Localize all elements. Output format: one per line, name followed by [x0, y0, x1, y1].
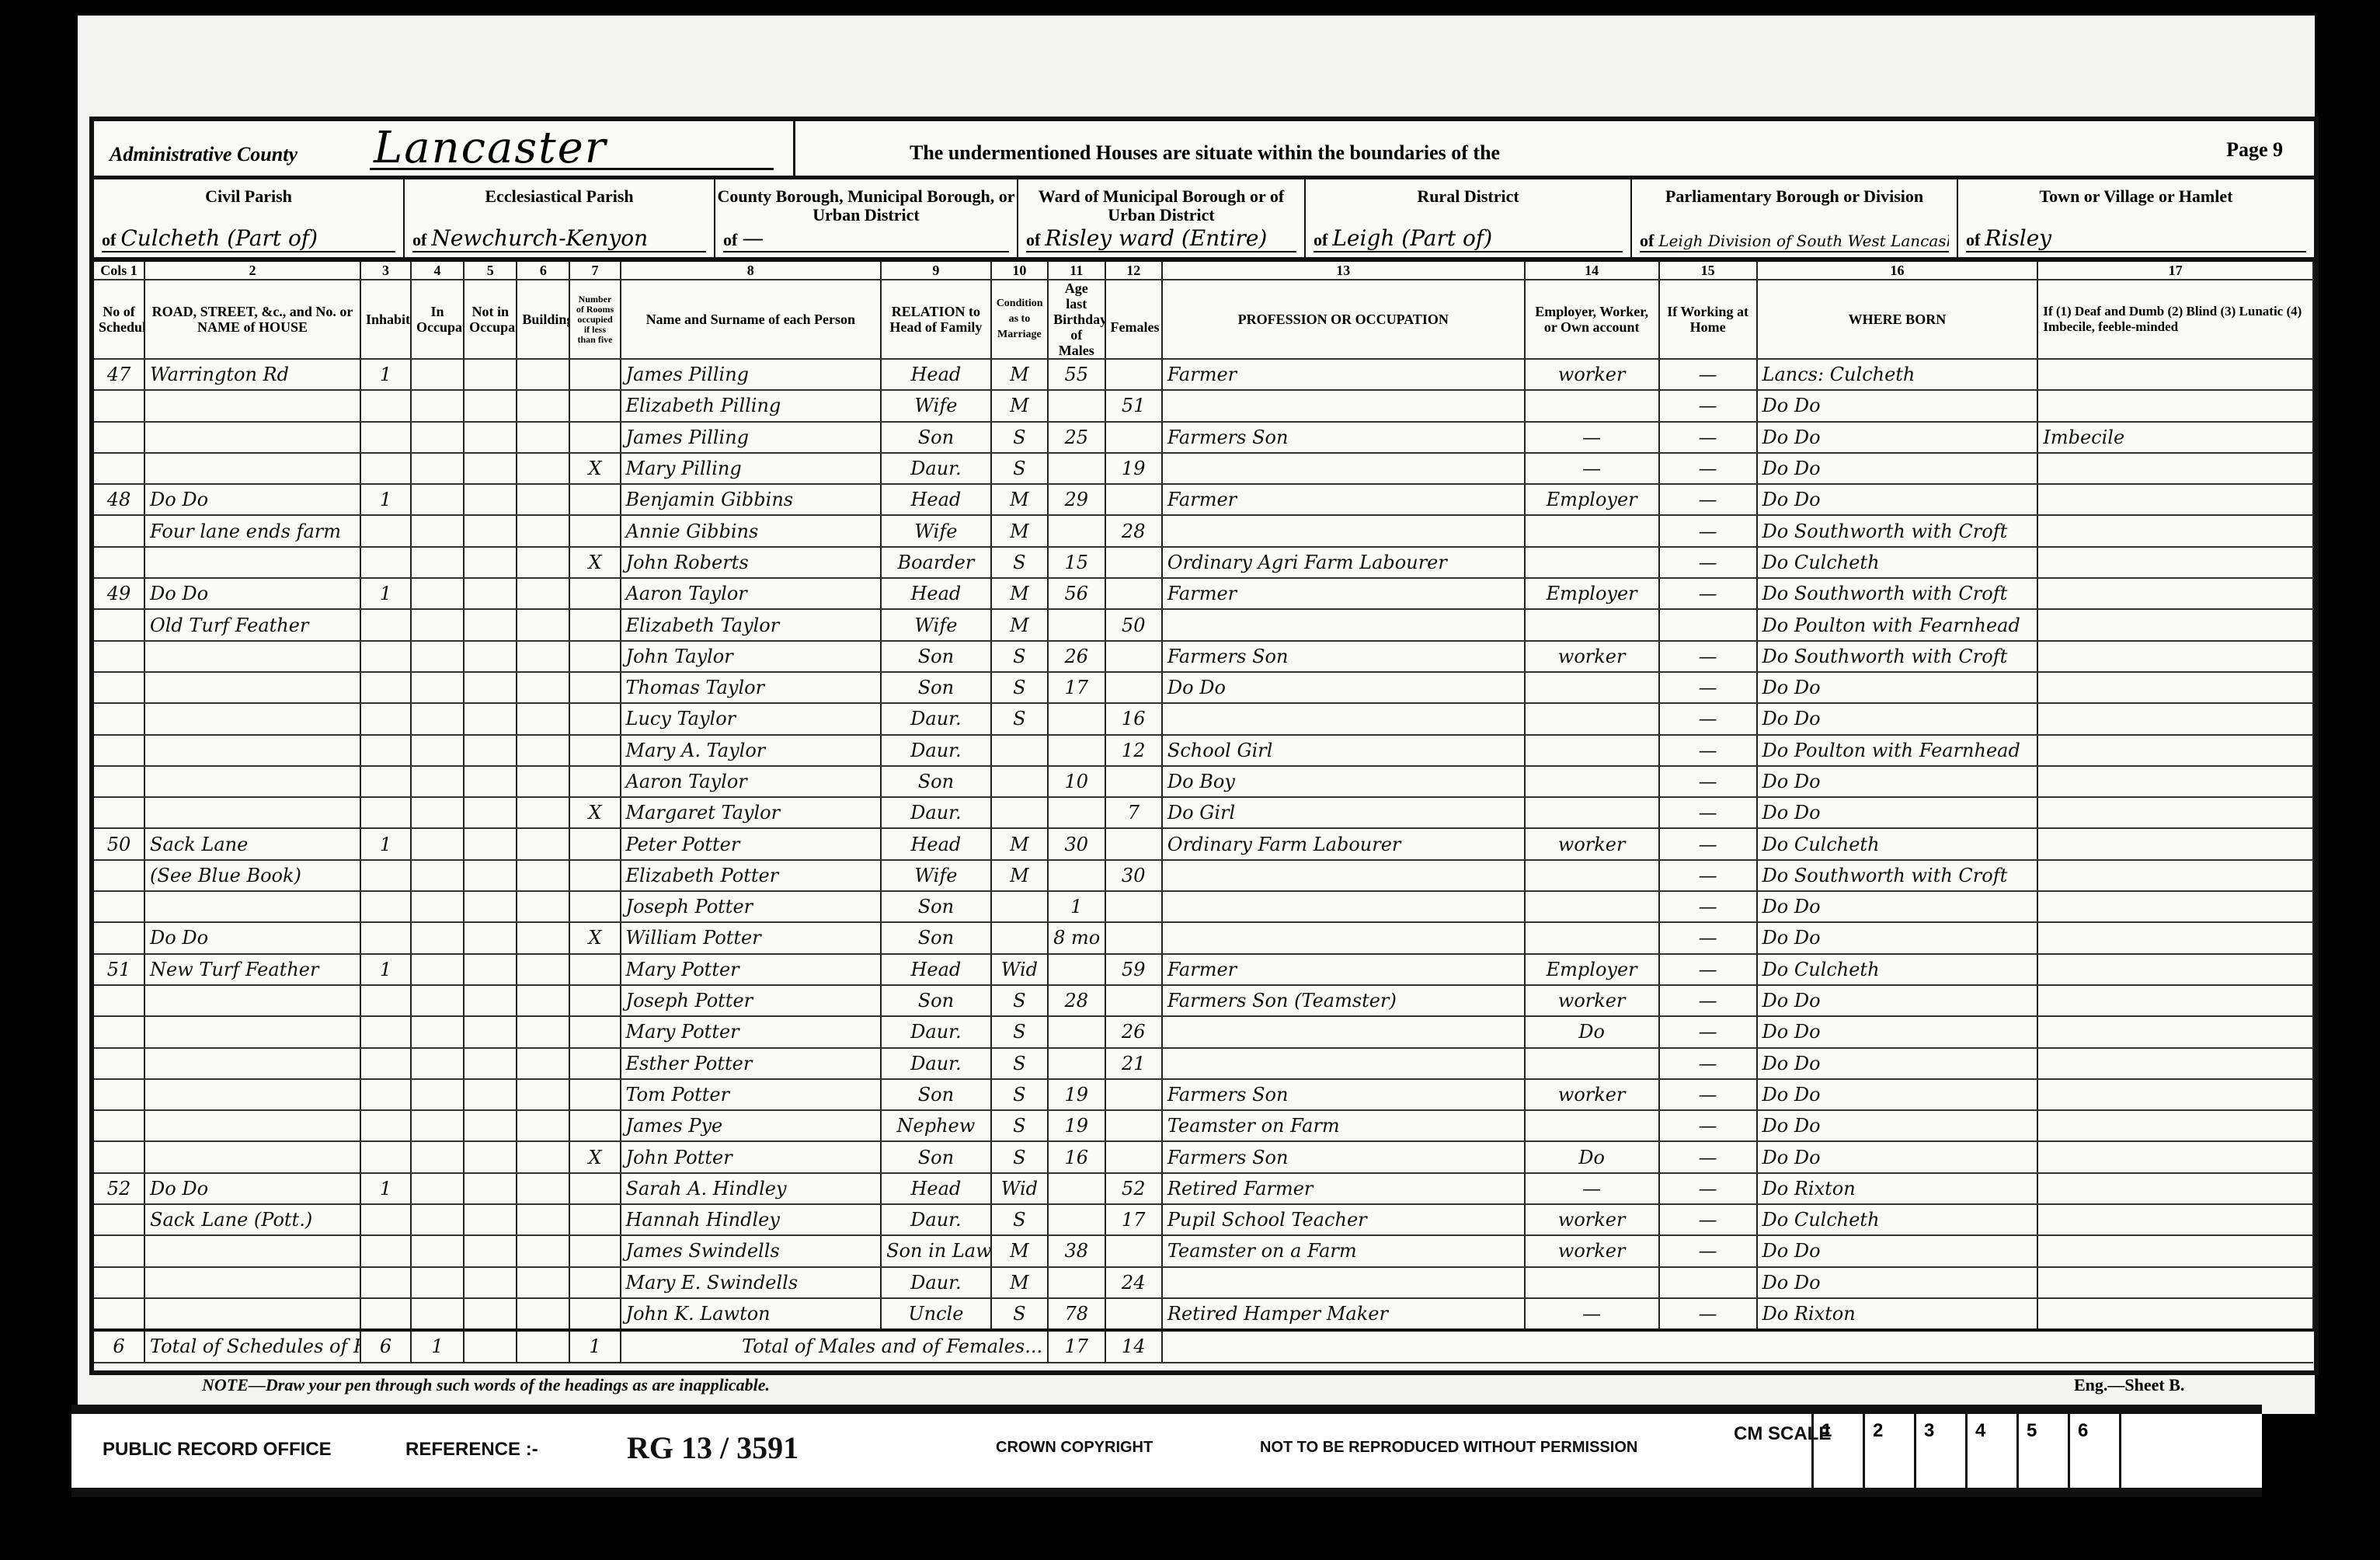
- column-number: 8: [621, 262, 882, 280]
- not-in-occupation: [464, 954, 517, 985]
- not-in-occupation: [464, 797, 517, 828]
- person-name: Hannah Hindley: [621, 1204, 882, 1235]
- condition: M: [991, 515, 1048, 546]
- age-male: 29: [1048, 484, 1105, 515]
- occupation: Farmer: [1162, 954, 1525, 985]
- rooms: [569, 860, 620, 891]
- person-name: Aaron Taylor: [621, 578, 882, 609]
- infirmity: [2037, 1235, 2313, 1266]
- working-at-home: —: [1659, 860, 1757, 891]
- condition: M: [991, 359, 1048, 390]
- scale-mark: 2: [1863, 1414, 1914, 1488]
- schedule-number: [94, 1016, 144, 1047]
- age-female: [1105, 1141, 1162, 1172]
- working-at-home: —: [1659, 1141, 1757, 1172]
- employment-status: worker: [1525, 1235, 1659, 1266]
- condition: S: [991, 453, 1048, 484]
- relation: Nephew: [881, 1110, 991, 1141]
- schedule-number: [94, 1110, 144, 1141]
- not-in-occupation: [464, 766, 517, 797]
- condition: S: [991, 1110, 1048, 1141]
- infirmity: [2037, 985, 2313, 1016]
- col-building: Building: [517, 280, 569, 359]
- relation: Son: [881, 641, 991, 672]
- building: [517, 1298, 569, 1330]
- column-number-row: Cols 1234567891011121314151617: [94, 262, 2313, 280]
- occupation: [1162, 1016, 1525, 1047]
- person-name: Joseph Potter: [621, 985, 882, 1016]
- rooms: X: [569, 1141, 620, 1172]
- in-occupation: [411, 1298, 464, 1330]
- inhabited: [360, 390, 411, 421]
- age-female: [1105, 1079, 1162, 1110]
- building: [517, 703, 569, 734]
- rooms: [569, 985, 620, 1016]
- in-occupation: [411, 735, 464, 766]
- table-row: Joseph PotterSon1—Do Do: [94, 891, 2313, 922]
- working-at-home: —: [1659, 985, 1757, 1016]
- road-name: [144, 891, 360, 922]
- condition: M: [991, 828, 1048, 859]
- total-males: 17: [1048, 1330, 1105, 1362]
- column-number: 10: [991, 262, 1048, 280]
- table-row: 51New Turf Feather1Mary PotterHeadWid59F…: [94, 954, 2313, 985]
- building: [517, 390, 569, 421]
- relation: Boarder: [881, 547, 991, 578]
- age-female: 7: [1105, 797, 1162, 828]
- admin-county-label: Administrative County: [110, 143, 297, 166]
- age-female: [1105, 922, 1162, 953]
- rooms: [569, 515, 620, 546]
- road-name: (See Blue Book): [144, 860, 360, 891]
- column-header-row: No of Schedule ROAD, STREET, &c., and No…: [94, 280, 2313, 359]
- working-at-home: —: [1659, 390, 1757, 421]
- inhabited: [360, 735, 411, 766]
- in-occupation: [411, 547, 464, 578]
- building: [517, 954, 569, 985]
- relation: Wife: [881, 860, 991, 891]
- rooms: [569, 484, 620, 515]
- column-number: 14: [1525, 262, 1659, 280]
- age-male: [1048, 1016, 1105, 1047]
- not-in-occupation: [464, 672, 517, 703]
- table-row: XMargaret TaylorDaur.7Do Girl—Do Do: [94, 797, 2313, 828]
- schedule-number: [94, 735, 144, 766]
- rooms: [569, 828, 620, 859]
- occupation: Ordinary Agri Farm Labourer: [1162, 547, 1525, 578]
- relation: Wife: [881, 390, 991, 421]
- relation: Son: [881, 672, 991, 703]
- rooms: [569, 1048, 620, 1079]
- schedule-number: [94, 1235, 144, 1266]
- condition: M: [991, 578, 1048, 609]
- col-at-home: If Working at Home: [1659, 280, 1757, 359]
- age-male: 55: [1048, 359, 1105, 390]
- not-in-occupation: [464, 1235, 517, 1266]
- road-name: Sack Lane (Pott.): [144, 1204, 360, 1235]
- employment-status: [1525, 547, 1659, 578]
- occupation: Do Girl: [1162, 797, 1525, 828]
- building: [517, 641, 569, 672]
- table-row: Esther PotterDaur.S21—Do Do: [94, 1048, 2313, 1079]
- building: [517, 515, 569, 546]
- employment-status: [1525, 922, 1659, 953]
- working-at-home: —: [1659, 547, 1757, 578]
- schedule-number: [94, 547, 144, 578]
- table-row: 48Do Do1Benjamin GibbinsHeadM29FarmerEmp…: [94, 484, 2313, 515]
- not-in-occupation: [464, 1079, 517, 1110]
- census-body: 47Warrington Rd1James PillingHeadM55Farm…: [94, 359, 2313, 1330]
- office-label: PUBLIC RECORD OFFICE: [103, 1439, 332, 1461]
- building: [517, 797, 569, 828]
- person-name: Esther Potter: [621, 1048, 882, 1079]
- building: [517, 672, 569, 703]
- infirmity: [2037, 1016, 2313, 1047]
- working-at-home: —: [1659, 1173, 1757, 1204]
- table-row: Aaron TaylorSon10Do Boy—Do Do: [94, 766, 2313, 797]
- not-in-occupation: [464, 828, 517, 859]
- road-name: [144, 703, 360, 734]
- relation: Wife: [881, 515, 991, 546]
- inhabited: [360, 703, 411, 734]
- condition: S: [991, 422, 1048, 453]
- scale-mark: 5: [2016, 1414, 2068, 1488]
- building: [517, 422, 569, 453]
- schedule-number: [94, 860, 144, 891]
- admin-county-box: Administrative County Lancaster: [94, 121, 795, 176]
- age-male: [1048, 954, 1105, 985]
- birthplace: Do Do: [1757, 422, 2038, 453]
- not-in-occupation: [464, 703, 517, 734]
- employment-status: [1525, 797, 1659, 828]
- in-occupation: [411, 797, 464, 828]
- permission-label: NOT TO BE REPRODUCED WITHOUT PERMISSION: [1260, 1439, 1637, 1457]
- birthplace: Do Do: [1757, 1079, 2038, 1110]
- infirmity: [2037, 735, 2313, 766]
- column-number: 15: [1659, 262, 1757, 280]
- schedule-number: 47: [94, 359, 144, 390]
- in-occupation: [411, 1173, 464, 1204]
- employment-status: [1525, 1110, 1659, 1141]
- relation: Son: [881, 891, 991, 922]
- infirmity: [2037, 1141, 2313, 1172]
- inhabited: [360, 515, 411, 546]
- table-row: Do DoXWilliam PotterSon8 mo—Do Do: [94, 922, 2313, 953]
- in-occupation: [411, 422, 464, 453]
- birthplace: Do Do: [1757, 1267, 2038, 1298]
- occupation: Farmers Son: [1162, 1141, 1525, 1172]
- age-male: 16: [1048, 1141, 1105, 1172]
- infirmity: [2037, 1110, 2313, 1141]
- employment-status: —: [1525, 453, 1659, 484]
- working-at-home: [1659, 609, 1757, 640]
- total-inhabited: 6: [360, 1330, 411, 1362]
- age-male: [1048, 703, 1105, 734]
- age-male: 28: [1048, 985, 1105, 1016]
- col-occupation: PROFESSION OR OCCUPATION: [1162, 280, 1525, 359]
- building: [517, 1110, 569, 1141]
- age-male: [1048, 515, 1105, 546]
- table-row: 52Do Do1Sarah A. HindleyHeadWid52Retired…: [94, 1173, 2313, 1204]
- not-in-occupation: [464, 985, 517, 1016]
- age-female: [1105, 1235, 1162, 1266]
- condition: Wid: [991, 954, 1048, 985]
- birthplace: Do Poulton with Fearnhead: [1757, 609, 2038, 640]
- building: [517, 985, 569, 1016]
- not-in-occupation: [464, 1110, 517, 1141]
- occupation: Retired Farmer: [1162, 1173, 1525, 1204]
- person-name: James Pilling: [621, 359, 882, 390]
- rooms: [569, 735, 620, 766]
- infirmity: [2037, 1079, 2313, 1110]
- infirmity: [2037, 891, 2313, 922]
- birthplace: Do Culcheth: [1757, 1204, 2038, 1235]
- inhabited: [360, 766, 411, 797]
- age-female: [1105, 359, 1162, 390]
- rooms: X: [569, 547, 620, 578]
- employment-status: [1525, 390, 1659, 421]
- birthplace: Do Do: [1757, 922, 2038, 953]
- age-female: 24: [1105, 1267, 1162, 1298]
- road-name: [144, 390, 360, 421]
- person-name: Benjamin Gibbins: [621, 484, 882, 515]
- rooms: [569, 641, 620, 672]
- in-occupation: [411, 1141, 464, 1172]
- rooms: X: [569, 797, 620, 828]
- inhabited: [360, 1267, 411, 1298]
- inhabited: [360, 860, 411, 891]
- relation: Son: [881, 1141, 991, 1172]
- col-age-females: Females: [1105, 280, 1162, 359]
- working-at-home: —: [1659, 703, 1757, 734]
- age-female: [1105, 1110, 1162, 1141]
- boundaries-statement: The undermentioned Houses are situate wi…: [910, 141, 1500, 165]
- birthplace: Do Do: [1757, 797, 2038, 828]
- road-name: [144, 672, 360, 703]
- total-label: Total of Schedules of Houses and of Tene…: [144, 1330, 360, 1362]
- birthplace: Do Do: [1757, 1110, 2038, 1141]
- employment-status: worker: [1525, 1204, 1659, 1235]
- person-name: Tom Potter: [621, 1079, 882, 1110]
- infirmity: [2037, 359, 2313, 390]
- schedule-number: [94, 641, 144, 672]
- building: [517, 766, 569, 797]
- infirmity: [2037, 954, 2313, 985]
- infirmity: [2037, 1204, 2313, 1235]
- working-at-home: —: [1659, 422, 1757, 453]
- not-in-occupation: [464, 1016, 517, 1047]
- age-male: 19: [1048, 1079, 1105, 1110]
- person-name: Margaret Taylor: [621, 797, 882, 828]
- relation: Head: [881, 954, 991, 985]
- col-name: Name and Surname of each Person: [621, 280, 882, 359]
- occupation: Farmers Son: [1162, 1079, 1525, 1110]
- in-occupation: [411, 1267, 464, 1298]
- inhabited: [360, 672, 411, 703]
- inhabited: 1: [360, 484, 411, 515]
- age-female: 52: [1105, 1173, 1162, 1204]
- birthplace: Do Do: [1757, 1016, 2038, 1047]
- rooms: X: [569, 922, 620, 953]
- schedule-number: 49: [94, 578, 144, 609]
- age-male: [1048, 1173, 1105, 1204]
- column-number: 4: [411, 262, 464, 280]
- schedule-number: 51: [94, 954, 144, 985]
- not-in-occupation: [464, 1298, 517, 1330]
- inhabited: 1: [360, 1173, 411, 1204]
- age-female: [1105, 641, 1162, 672]
- table-row: Lucy TaylorDaur.S16—Do Do: [94, 703, 2313, 734]
- building: [517, 1173, 569, 1204]
- person-name: Aaron Taylor: [621, 766, 882, 797]
- page-label: Page 9: [2226, 138, 2283, 162]
- person-name: Joseph Potter: [621, 891, 882, 922]
- cm-scale: 123456: [1811, 1414, 2170, 1488]
- infirmity: [2037, 1048, 2313, 1079]
- road-name: [144, 641, 360, 672]
- working-at-home: —: [1659, 453, 1757, 484]
- table-row: John TaylorSonS26Farmers Sonworker—Do So…: [94, 641, 2313, 672]
- road-name: [144, 1235, 360, 1266]
- person-name: James Pilling: [621, 422, 882, 453]
- building: [517, 1079, 569, 1110]
- birthplace: Do Do: [1757, 985, 2038, 1016]
- age-male: 1: [1048, 891, 1105, 922]
- building: [517, 547, 569, 578]
- birthplace: Do Do: [1757, 484, 2038, 515]
- occupation: Retired Hamper Maker: [1162, 1298, 1525, 1330]
- occupation: Do Do: [1162, 672, 1525, 703]
- not-in-occupation: [464, 609, 517, 640]
- in-occupation: [411, 703, 464, 734]
- employment-status: [1525, 1048, 1659, 1079]
- employment-status: worker: [1525, 828, 1659, 859]
- employment-status: —: [1525, 422, 1659, 453]
- building: [517, 860, 569, 891]
- birthplace: Do Do: [1757, 672, 2038, 703]
- birthplace: Do Southworth with Croft: [1757, 641, 2038, 672]
- person-name: Lucy Taylor: [621, 703, 882, 734]
- condition: M: [991, 390, 1048, 421]
- building: [517, 359, 569, 390]
- rooms: [569, 1173, 620, 1204]
- table-row: XJohn RobertsBoarderS15Ordinary Agri Far…: [94, 547, 2313, 578]
- working-at-home: —: [1659, 828, 1757, 859]
- table-row: Tom PotterSonS19Farmers Sonworker—Do Do: [94, 1079, 2313, 1110]
- col-road: ROAD, STREET, &c., and No. or NAME of HO…: [144, 280, 360, 359]
- person-name: John Potter: [621, 1141, 882, 1172]
- in-occupation: [411, 484, 464, 515]
- birthplace: Do Southworth with Croft: [1757, 578, 2038, 609]
- infirmity: [2037, 797, 2313, 828]
- birthplace: Do Do: [1757, 1235, 2038, 1266]
- infirmity: [2037, 828, 2313, 859]
- road-name: Four lane ends farm: [144, 515, 360, 546]
- age-male: 25: [1048, 422, 1105, 453]
- age-female: [1105, 891, 1162, 922]
- occupation: School Girl: [1162, 735, 1525, 766]
- working-at-home: —: [1659, 766, 1757, 797]
- condition: [991, 922, 1048, 953]
- rooms: [569, 422, 620, 453]
- inhabited: [360, 422, 411, 453]
- in-occupation: [411, 985, 464, 1016]
- admin-county-value: Lancaster: [374, 123, 607, 173]
- working-at-home: —: [1659, 1048, 1757, 1079]
- schedule-number: 52: [94, 1173, 144, 1204]
- column-number: 7: [569, 262, 620, 280]
- employment-status: worker: [1525, 359, 1659, 390]
- working-at-home: —: [1659, 515, 1757, 546]
- occupation: Do Boy: [1162, 766, 1525, 797]
- table-row: James PyeNephewS19Teamster on Farm—Do Do: [94, 1110, 2313, 1141]
- rooms: [569, 1235, 620, 1266]
- infirmity: [2037, 922, 2313, 953]
- age-female: 19: [1105, 453, 1162, 484]
- column-number: Cols 1: [94, 262, 144, 280]
- rooms: [569, 766, 620, 797]
- reference-label: REFERENCE :-: [405, 1439, 538, 1461]
- schedule-number: [94, 390, 144, 421]
- infirmity: [2037, 547, 2313, 578]
- employment-status: [1525, 515, 1659, 546]
- age-male: [1048, 609, 1105, 640]
- birthplace: Do Rixton: [1757, 1173, 2038, 1204]
- employment-status: Do: [1525, 1141, 1659, 1172]
- rooms: [569, 1079, 620, 1110]
- in-occupation: [411, 828, 464, 859]
- in-occupation: [411, 1235, 464, 1266]
- birthplace: Do Rixton: [1757, 1298, 2038, 1330]
- schedule-number: [94, 672, 144, 703]
- working-at-home: —: [1659, 735, 1757, 766]
- column-number: 11: [1048, 262, 1105, 280]
- column-number: 17: [2037, 262, 2313, 280]
- person-name: John K. Lawton: [621, 1298, 882, 1330]
- schedule-number: [94, 453, 144, 484]
- employment-status: [1525, 703, 1659, 734]
- table-row: John K. LawtonUncleS78Retired Hamper Mak…: [94, 1298, 2313, 1330]
- age-male: [1048, 453, 1105, 484]
- scale-mark: [2119, 1414, 2170, 1488]
- age-male: 19: [1048, 1110, 1105, 1141]
- person-name: John Roberts: [621, 547, 882, 578]
- not-in-occupation: [464, 1204, 517, 1235]
- infirmity: [2037, 453, 2313, 484]
- relation: Son: [881, 1079, 991, 1110]
- relation: Daur.: [881, 1267, 991, 1298]
- person-name: Peter Potter: [621, 828, 882, 859]
- rooms: [569, 1267, 620, 1298]
- rooms: [569, 609, 620, 640]
- road-name: Sack Lane: [144, 828, 360, 859]
- relation: Head: [881, 359, 991, 390]
- age-female: 26: [1105, 1016, 1162, 1047]
- condition: M: [991, 860, 1048, 891]
- person-name: James Swindells: [621, 1235, 882, 1266]
- road-name: [144, 766, 360, 797]
- district-town: Town or Village or Hamlet ofRisley: [1958, 179, 2314, 257]
- condition: M: [991, 609, 1048, 640]
- occupation: [1162, 609, 1525, 640]
- age-female: 51: [1105, 390, 1162, 421]
- age-female: 30: [1105, 860, 1162, 891]
- occupation: Ordinary Farm Labourer: [1162, 828, 1525, 859]
- in-occupation: [411, 515, 464, 546]
- age-female: [1105, 578, 1162, 609]
- census-table: Cols 1234567891011121314151617 No of Sch…: [94, 262, 2314, 1363]
- footnote: NOTE—Draw your pen through such words of…: [202, 1375, 770, 1395]
